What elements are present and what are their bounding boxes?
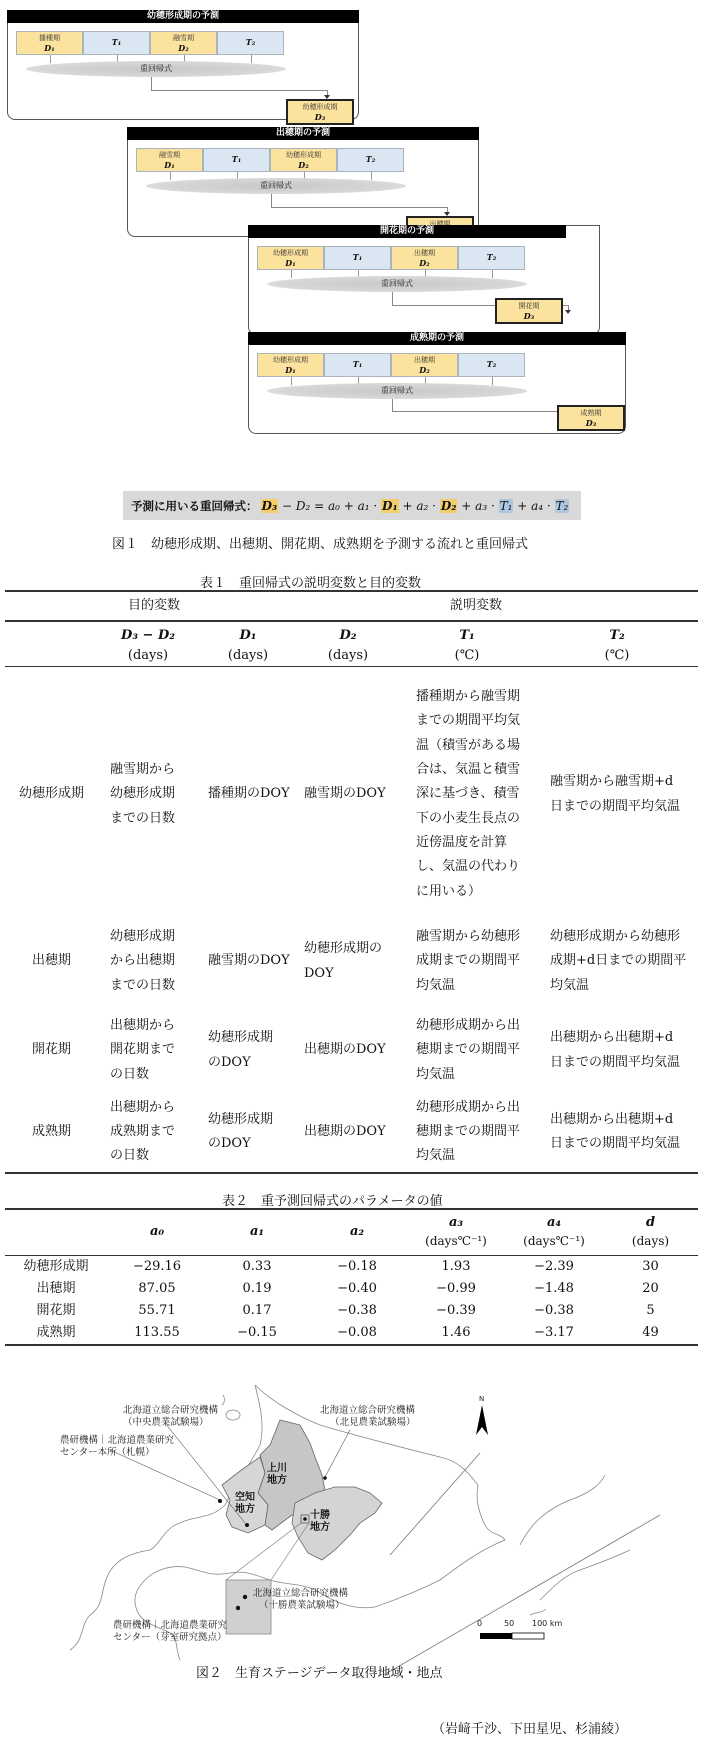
label-line: 地方 [235, 1504, 255, 1516]
table-1: 目的変数 説明変数 D₃ − D₂(days) D₁(days) D₂(days… [5, 590, 698, 1174]
table-cell: 5 [603, 1300, 698, 1322]
column-unit: (℃) [402, 646, 532, 666]
table-cell: 出穂期のDOY [298, 1009, 398, 1093]
column-unit: (days) [202, 646, 294, 666]
column-var: a₁ [207, 1221, 307, 1243]
label-sapporo-station: 農研機構｜北海道農業研究センター本所（札幌） [60, 1435, 174, 1459]
table-row: 成熟期 113.55 −0.15 −0.08 1.46 −3.17 49 [5, 1322, 698, 1345]
panel-title: 幼穂形成期の予測 [7, 10, 359, 23]
table-cell: 87.05 [107, 1278, 207, 1300]
cell-t2: T₂ [458, 353, 525, 377]
table-cell: −1.48 [505, 1278, 603, 1300]
cell-d1: 幼穂形成期D₁ [257, 353, 324, 377]
label-line: 農研機構｜北海道農業研究 [113, 1620, 227, 1632]
table-cell: 1.93 [407, 1255, 505, 1278]
cell-var: D₂ [392, 365, 457, 376]
table-cell: −0.08 [307, 1322, 407, 1345]
panel-heading: 出穂期の予測 融雪期D₁ T₁ 幼穂形成期D₂ T₂ 重回帰式 出穂期D₃ [127, 127, 479, 237]
cell-label: 融雪期 [137, 151, 202, 160]
column-header: d(days) [603, 1209, 698, 1255]
figure-1-caption: 図１ 幼穂形成期、出穂期、開花期、成熟期を予測する流れと重回帰式 [112, 533, 528, 552]
column-unit: (days℃⁻¹) [407, 1232, 505, 1250]
cell-label: 幼穂形成期 [271, 151, 336, 160]
row-stage: 成熟期 [5, 1093, 98, 1173]
column-unit: (days) [102, 646, 194, 666]
cell-label: 出穂期 [392, 249, 457, 258]
column-header: D₂(days) [298, 621, 398, 667]
table-cell: 20 [603, 1278, 698, 1300]
region-label-kamikawa: 上川地方 [267, 1463, 287, 1487]
eq-term: a₀ [328, 499, 340, 513]
connector-tick [251, 55, 252, 63]
column-var: T₂ [540, 626, 694, 646]
cell-var: D₁ [137, 160, 202, 171]
label-line: （十勝農業試験場） [253, 1600, 348, 1612]
cell-var: T₁ [112, 37, 121, 47]
tokachi-region [292, 1487, 382, 1560]
table-cell: 30 [603, 1255, 698, 1278]
column-header: D₃ − D₂(days) [98, 621, 198, 667]
column-var: a₄ [505, 1214, 603, 1232]
cell-t1: T₁ [83, 31, 150, 55]
cell-t1: T₁ [324, 353, 391, 377]
cell-d1: 融雪期D₁ [136, 148, 203, 172]
blank-header [5, 621, 98, 667]
table-cell: 播種期から融雪期までの期間平均気温（積雪がある場合は、気温と積雪深に基づき、積雪… [398, 675, 536, 915]
table-cell: 融雪期のDOY [298, 675, 398, 915]
table-cell: 幼穂形成期から出穂期までの期間平均気温 [398, 1009, 536, 1093]
label-line: （北見農業試験場） [320, 1417, 416, 1429]
table-cell: 113.55 [107, 1322, 207, 1345]
table-cell: −0.99 [407, 1278, 505, 1300]
row-stage: 幼穂形成期 [5, 1255, 107, 1278]
scale-tick-0: 0 [477, 1619, 482, 1629]
connector-tick [291, 377, 292, 385]
equation-label: 予測に用いる重回帰式： [131, 498, 258, 514]
eq-term: + a₂ · [399, 499, 440, 513]
column-header-row: D₃ − D₂(days) D₁(days) D₂(days) T₁(℃) T₂… [5, 621, 698, 667]
blank-header [5, 591, 98, 621]
table-cell: 融雪期から幼穂形成期までの期間平均気温 [398, 915, 536, 1009]
table-row: 幼穂形成期 融雪期から幼穂形成期までの日数 播種期のDOY 融雪期のDOY 播種… [5, 675, 698, 915]
scale-tick-50: 50 [504, 1619, 514, 1629]
region-label-sorachi: 空知地方 [235, 1492, 255, 1516]
table-cell: 出穂期から出穂期+d日までの期間平均気温 [536, 1009, 698, 1093]
label-central-station: 北海道立総合研究機構（中央農業試験場） [123, 1405, 218, 1429]
table-row: 出穂期 幼穂形成期から出穂期までの日数 融雪期のDOY 幼穂形成期のDOY 融雪… [5, 915, 698, 1009]
label-line: 地方 [267, 1475, 287, 1487]
eq-term: − D₂ = [278, 499, 328, 513]
column-unit: (days℃⁻¹) [505, 1232, 603, 1250]
eq-term: + a₃ · [457, 499, 498, 513]
table-row: 幼穂形成期 −29.16 0.33 −0.18 1.93 −2.39 30 [5, 1255, 698, 1278]
row-stage: 出穂期 [5, 1278, 107, 1300]
table-cell: 49 [603, 1322, 698, 1345]
connector-tick [170, 172, 171, 180]
table-cell: 幼穂形成期から幼穂形成期+d日までの期間平均気温 [536, 915, 698, 1009]
column-unit: (days) [302, 646, 394, 666]
variable-cells: 融雪期D₁ T₁ 幼穂形成期D₂ T₂ [136, 148, 404, 172]
label-line: 空知 [235, 1492, 255, 1504]
cell-var: D₁ [17, 43, 82, 54]
cell-var: D₁ [258, 258, 323, 269]
target-var: D₃ [559, 418, 623, 429]
eq-t2: T₂ [555, 499, 570, 513]
cell-var: T₂ [487, 359, 496, 369]
connector-line [151, 90, 327, 91]
table-cell: 融雪期から幼穂形成期までの日数 [98, 675, 198, 915]
cell-t1: T₁ [324, 246, 391, 270]
table-row: 開花期 出穂期から開花期までの日数 幼穂形成期のDOY 出穂期のDOY 幼穂形成… [5, 1009, 698, 1093]
column-unit: (days) [603, 1232, 698, 1250]
target-stage-box: 成熟期D₃ [557, 405, 625, 431]
table-cell: 幼穂形成期のDOY [198, 1093, 298, 1173]
equation-math: D₃ − D₂ = a₀ + a₁ · D₁ + a₂ · D₂ + a₃ · … [261, 499, 570, 513]
spacer [5, 667, 698, 675]
target-var: D₃ [497, 311, 561, 322]
variable-cells: 幼穂形成期D₁ T₁ 出穂期D₂ T₂ [257, 246, 525, 270]
connector-line [271, 207, 447, 208]
eq-t1: T₁ [499, 499, 514, 513]
table-cell: 1.46 [407, 1322, 505, 1345]
label-line: 地方 [310, 1522, 330, 1534]
eq-term: + a₄ · [513, 499, 554, 513]
regression-ellipse: 重回帰式 [26, 61, 286, 77]
table-cell: 0.19 [207, 1278, 307, 1300]
cell-label: 融雪期 [151, 34, 216, 43]
cell-var: T₂ [366, 154, 375, 164]
cell-d2: 融雪期D₂ [150, 31, 217, 55]
column-header: D₁(days) [198, 621, 298, 667]
cell-t1: T₁ [203, 148, 270, 172]
column-header: T₁(℃) [398, 621, 536, 667]
column-var: a₂ [307, 1221, 407, 1243]
table-cell: −29.16 [107, 1255, 207, 1278]
table-cell: −3.17 [505, 1322, 603, 1345]
scale-tick-100: 100 km [532, 1619, 562, 1629]
column-header: a₃(days℃⁻¹) [407, 1209, 505, 1255]
connector-tick [371, 172, 372, 180]
variable-cells: 幼穂形成期D₁ T₁ 出穂期D₂ T₂ [257, 353, 525, 377]
table-row: 開花期 55.71 0.17 −0.38 −0.39 −0.38 5 [5, 1300, 698, 1322]
target-label: 幼穂形成期 [288, 103, 352, 112]
table-2: a₀ a₁ a₂ a₃(days℃⁻¹) a₄(days℃⁻¹) d(days)… [5, 1208, 698, 1346]
connector-tick [492, 270, 493, 278]
cell-d2: 出穂期D₂ [391, 246, 458, 270]
cell-var: D₁ [258, 365, 323, 376]
panel-flowering: 開花期の予測 幼穂形成期D₁ T₁ 出穂期D₂ T₂ 重回帰式 開花期D₃ [248, 225, 600, 335]
regression-ellipse: 重回帰式 [146, 178, 406, 194]
table-cell: 融雪期から融雪期+d日までの期間平均気温 [536, 675, 698, 915]
target-var: D₃ [288, 112, 352, 123]
table-cell: 出穂期のDOY [298, 1093, 398, 1173]
panel-title: 出穂期の予測 [127, 127, 479, 140]
table-cell: −0.18 [307, 1255, 407, 1278]
label-line: 農研機構｜北海道農業研究 [60, 1435, 174, 1447]
label-line: センター（芽室研究拠点） [113, 1632, 227, 1644]
table-row: 成熟期 出穂期から成熟期までの日数 幼穂形成期のDOY 出穂期のDOY 幼穂形成… [5, 1093, 698, 1173]
column-header: a₂ [307, 1209, 407, 1255]
regression-equation: 予測に用いる重回帰式： D₃ − D₂ = a₀ + a₁ · D₁ + a₂ … [123, 491, 581, 520]
table-cell: 0.33 [207, 1255, 307, 1278]
connector-line [271, 194, 272, 207]
label-line: 北海道立総合研究機構 [123, 1405, 218, 1417]
cell-var: D₂ [392, 258, 457, 269]
panel-title: 開花期の予測 [248, 225, 566, 238]
column-var: D₃ − D₂ [102, 626, 194, 646]
table-cell: −0.39 [407, 1300, 505, 1322]
cell-t2: T₂ [458, 246, 525, 270]
table-row: 出穂期 87.05 0.19 −0.40 −0.99 −1.48 20 [5, 1278, 698, 1300]
cell-var: T₁ [353, 252, 362, 262]
label-memuro-station: 農研機構｜北海道農業研究センター（芽室研究拠点） [113, 1620, 227, 1644]
table-cell: 幼穂形成期のDOY [198, 1009, 298, 1093]
eq-d2: D₂ [440, 499, 458, 513]
column-header: T₂(℃) [536, 621, 698, 667]
column-header: a₀ [107, 1209, 207, 1255]
target-label: 成熟期 [559, 409, 623, 418]
label-line: センター本所（札幌） [60, 1447, 174, 1459]
hokkaido-map: 北海道立総合研究機構（中央農業試験場） 北海道立総合研究機構（北見農業試験場） … [60, 1375, 660, 1675]
cell-var: T₂ [487, 252, 496, 262]
table-cell: −0.40 [307, 1278, 407, 1300]
table-cell: −0.38 [505, 1300, 603, 1322]
label-tokachi-station: 北海道立総合研究機構（十勝農業試験場） [253, 1588, 348, 1612]
cell-var: T₁ [353, 359, 362, 369]
cell-var: D₂ [151, 43, 216, 54]
row-stage: 開花期 [5, 1300, 107, 1322]
column-header: a₄(days℃⁻¹) [505, 1209, 603, 1255]
cell-d2: 幼穂形成期D₂ [270, 148, 337, 172]
cell-t2: T₂ [217, 31, 284, 55]
eq-d1: D₁ [381, 499, 399, 513]
target-label: 開花期 [497, 302, 561, 311]
connector-tick [492, 377, 493, 385]
label-line: 上川 [267, 1463, 287, 1475]
label-kitami-station: 北海道立総合研究機構（北見農業試験場） [320, 1405, 416, 1429]
table-cell: 融雪期のDOY [198, 915, 298, 1009]
cell-var: D₂ [271, 160, 336, 171]
panel-panicle-formation: 幼穂形成期の予測 播種期D₁ T₁ 融雪期D₂ T₂ 重回帰式 幼穂形成期D₃ [7, 10, 359, 120]
table-cell: 播種期のDOY [198, 675, 298, 915]
connector-line [392, 292, 393, 305]
table-cell: 55.71 [107, 1300, 207, 1322]
arrow-down-icon [565, 310, 571, 314]
explanatory-group-header: 説明変数 [198, 591, 698, 621]
row-stage: 出穂期 [5, 915, 98, 1009]
table-cell: 出穂期から成熟期までの日数 [98, 1093, 198, 1173]
connector-tick [291, 270, 292, 278]
cell-d1: 播種期D₁ [16, 31, 83, 55]
north-label: N [479, 1395, 484, 1404]
table-cell: 出穂期から出穂期+d日までの期間平均気温 [536, 1093, 698, 1173]
label-line: 十勝 [310, 1510, 330, 1522]
table-1-caption: 表１ 重回帰式の説明変数と目的変数 [200, 572, 421, 591]
cell-var: T₂ [246, 37, 255, 47]
scale-bar [480, 1633, 512, 1639]
column-var: T₁ [402, 626, 532, 646]
target-stage-box: 幼穂形成期D₃ [286, 99, 354, 125]
cell-label: 出穂期 [392, 356, 457, 365]
cell-d2: 出穂期D₂ [391, 353, 458, 377]
objective-group-header: 目的変数 [98, 591, 198, 621]
cell-label: 播種期 [17, 34, 82, 43]
cell-t2: T₂ [337, 148, 404, 172]
variable-cells: 播種期D₁ T₁ 融雪期D₂ T₂ [16, 31, 284, 55]
cell-label: 幼穂形成期 [258, 249, 323, 258]
regression-ellipse: 重回帰式 [267, 383, 527, 399]
label-line: 北海道立総合研究機構 [253, 1588, 348, 1600]
column-header-row: a₀ a₁ a₂ a₃(days℃⁻¹) a₄(days℃⁻¹) d(days) [5, 1209, 698, 1255]
cell-label: 幼穂形成期 [258, 356, 323, 365]
table-cell: −0.38 [307, 1300, 407, 1322]
label-line: （中央農業試験場） [123, 1417, 218, 1429]
eq-term: + a₁ · [340, 499, 381, 513]
eq-d3: D₃ [261, 499, 279, 513]
column-var: d [603, 1214, 698, 1232]
table-cell: 幼穂形成期のDOY [298, 915, 398, 1009]
cell-var: T₁ [232, 154, 241, 164]
table-cell: 出穂期から開花期までの日数 [98, 1009, 198, 1093]
north-arrow-icon [476, 1405, 488, 1435]
table-cell: 幼穂形成期から出穂期までの日数 [98, 915, 198, 1009]
table-cell: 0.17 [207, 1300, 307, 1322]
region-label-tokachi: 十勝地方 [310, 1510, 330, 1534]
authors: （岩﨑千沙、下田星児、杉浦綾） [432, 1718, 627, 1737]
table-cell: −0.15 [207, 1322, 307, 1345]
target-stage-box: 開花期D₃ [495, 298, 563, 324]
table-2-caption: 表２ 重予測回帰式のパラメータの値 [222, 1190, 443, 1209]
table-cell: 幼穂形成期から出穂期までの期間平均気温 [398, 1093, 536, 1173]
connector-line [151, 77, 152, 90]
row-stage: 幼穂形成期 [5, 675, 98, 915]
column-unit: (℃) [540, 646, 694, 666]
row-stage: 成熟期 [5, 1322, 107, 1345]
column-var: a₀ [107, 1221, 207, 1243]
blank-header [5, 1209, 107, 1255]
panel-title: 成熟期の予測 [248, 332, 626, 345]
figure-2-caption: 図２ 生育ステージデータ取得地域・地点 [196, 1662, 442, 1681]
cell-d1: 幼穂形成期D₁ [257, 246, 324, 270]
column-var: D₂ [302, 626, 394, 646]
connector-line [392, 399, 393, 411]
connector-tick [50, 55, 51, 63]
column-header: a₁ [207, 1209, 307, 1255]
row-stage: 開花期 [5, 1009, 98, 1093]
label-line: 北海道立総合研究機構 [320, 1405, 416, 1417]
column-var: a₃ [407, 1214, 505, 1232]
panel-maturity: 成熟期の予測 幼穂形成期D₁ T₁ 出穂期D₂ T₂ 重回帰式 成熟期D₃ [248, 332, 626, 434]
table-cell: −2.39 [505, 1255, 603, 1278]
column-var: D₁ [202, 626, 294, 646]
regression-ellipse: 重回帰式 [267, 276, 527, 292]
